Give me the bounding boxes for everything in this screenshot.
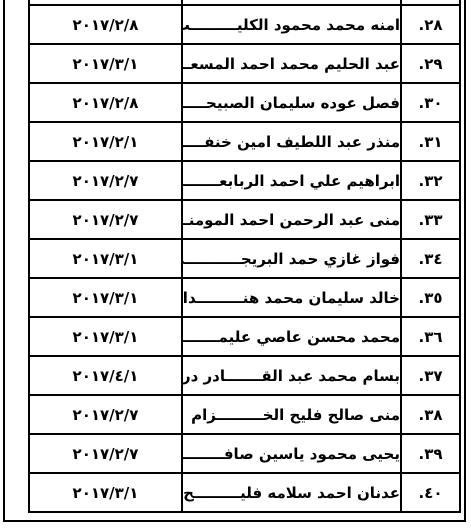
row-number-cell: ٣٣. [401,200,460,239]
date-cell: ٢٠١٧/٣/١ [29,239,182,278]
table-row: ٤٠. عدنان احمد سلامه فليـــــــــح ٢٠١٧/… [29,473,460,512]
name-cell: فصل عوده سليمان الصبيحـــــــات [182,83,401,122]
row-number-cell: ٣٨. [401,395,460,434]
row-number-cell: ٢٨. [401,5,460,44]
table-row: ٣٠. فصل عوده سليمان الصبيحـــــــات ٢٠١٧… [29,83,460,122]
table-row: ٣٢. ابراهيم علي احمد الربابعـــــــــه ٢… [29,161,460,200]
table-row: ٣٤. فواز غازي حمد البريجـــــــــــي ٢٠١… [29,239,460,278]
name-cell: منذر عبد اللطيف امين خنفـــــــر [182,122,401,161]
row-number-cell: ٣٠. [401,83,460,122]
row-number-cell: ٣٦. [401,317,460,356]
date-cell: ٢٠١٧/٢/٧ [29,434,182,473]
table-row: ٣٣. منى عبد الرحمن احمد المومنـــــي ٢٠١… [29,200,460,239]
row-number-cell: ٢٩. [401,44,460,83]
name-cell: منى صالح فليح الخـــــــــزام [182,395,401,434]
table-row: ٣١. منذر عبد اللطيف امين خنفـــــــر ٢٠١… [29,122,460,161]
table-row: ٣٩. يحيى محمود ياسين صافـــــــــي ٢٠١٧/… [29,434,460,473]
table-row: ٣٨. منى صالح فليح الخـــــــــزام ٢٠١٧/٢… [29,395,460,434]
date-cell: ٢٠١٧/٣/١ [29,44,182,83]
scanned-page: ٢٨. امنه محمد محمود الكليـــــــــب ٢٠١٧… [0,0,471,528]
row-number-cell: ٣٥. [401,278,460,317]
name-cell: عدنان احمد سلامه فليـــــــــح [182,473,401,512]
date-cell: ٢٠١٧/٤/١ [29,356,182,395]
row-number-cell: ٣٩. [401,434,460,473]
date-cell: ٢٠١٧/٢/٨ [29,83,182,122]
name-cell: عبد الحليم محمد احمد المسعـــــود [182,44,401,83]
name-cell: فواز غازي حمد البريجـــــــــــي [182,239,401,278]
date-cell: ٢٠١٧/٣/١ [29,473,182,512]
date-cell: ٢٠١٧/٢/٧ [29,161,182,200]
date-cell: ٢٠١٧/٢/١ [29,122,182,161]
table-row: ٢٩. عبد الحليم محمد احمد المسعـــــود ٢٠… [29,44,460,83]
roster-table-body: ٢٨. امنه محمد محمود الكليـــــــــب ٢٠١٧… [29,0,460,512]
name-cell: ابراهيم علي احمد الربابعـــــــــه [182,161,401,200]
name-cell: محمد محسن عاصي عليمـــــــات [182,317,401,356]
row-number-cell: ٣١. [401,122,460,161]
table-row: ٣٥. خالد سليمان محمد هنـــــــــداوي ٢٠١… [29,278,460,317]
name-cell: يحيى محمود ياسين صافـــــــــي [182,434,401,473]
date-cell: ٢٠١٧/٢/٨ [29,5,182,44]
date-cell: ٢٠١٧/٢/٧ [29,200,182,239]
date-cell: ٢٠١٧/٣/١ [29,317,182,356]
row-number-cell: ٣٢. [401,161,460,200]
name-cell: خالد سليمان محمد هنـــــــــداوي [182,278,401,317]
table-row: ٣٧. بسام محمد عبد القـــــــادر دردس ٢٠١… [29,356,460,395]
name-cell: منى عبد الرحمن احمد المومنـــــي [182,200,401,239]
table-row: ٣٦. محمد محسن عاصي عليمـــــــات ٢٠١٧/٣/… [29,317,460,356]
row-number-cell: ٣٧. [401,356,460,395]
name-cell: امنه محمد محمود الكليـــــــــب [182,5,401,44]
date-cell: ٢٠١٧/٢/٧ [29,395,182,434]
row-number-cell: ٤٠. [401,473,460,512]
row-number-cell: ٣٤. [401,239,460,278]
table-row: ٢٨. امنه محمد محمود الكليـــــــــب ٢٠١٧… [29,5,460,44]
date-cell: ٢٠١٧/٣/١ [29,278,182,317]
staff-roster-table: ٢٨. امنه محمد محمود الكليـــــــــب ٢٠١٧… [28,0,461,513]
name-cell: بسام محمد عبد القـــــــادر دردس [182,356,401,395]
